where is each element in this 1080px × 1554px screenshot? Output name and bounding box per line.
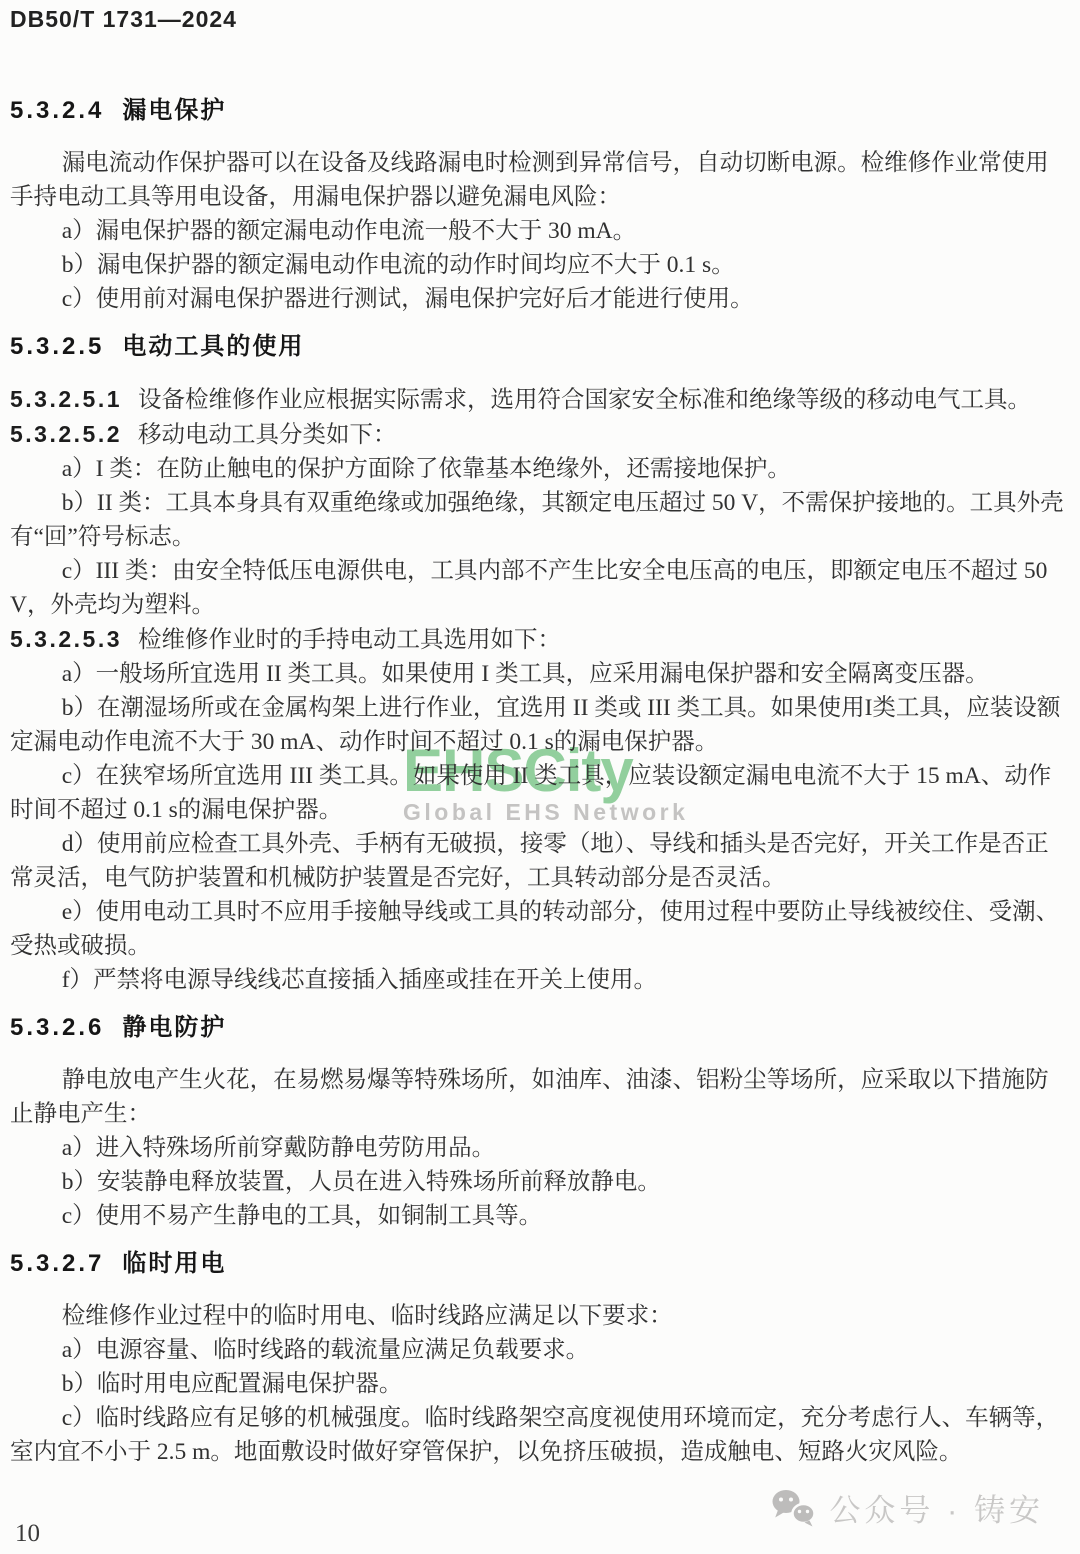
section-heading: 5.3.2.5 电动工具的使用 xyxy=(10,332,1067,362)
clause-text: 设备检维修作业应根据实际需求，选用符合国家安全标准和绝缘等级的移动电气工具。 xyxy=(138,387,1031,413)
paragraph: 静电放电产生火花，在易燃易爆等特殊场所，如油库、油漆、铝粉尘等场所，应采取以下措… xyxy=(10,1063,1067,1131)
list-item: c）使用前对漏电保护器进行测试，漏电保护完好后才能进行使用。 xyxy=(10,282,1067,316)
list-item: c）临时线路应有足够的机械强度。临时线路架空高度视使用环境而定，充分考虑行人、车… xyxy=(10,1401,1067,1469)
section-number: 5.3.2.6 xyxy=(10,1013,104,1043)
numbered-clause: 5.3.2.5.2移动电动工具分类如下： xyxy=(10,417,1067,452)
list-item: f）严禁将电源导线线芯直接插入插座或挂在开关上使用。 xyxy=(10,963,1067,997)
section-number: 5.3.2.4 xyxy=(10,96,104,126)
list-item: c）III 类：由安全特低压电源供电，工具内部不产生比安全电压高的电压，即额定电… xyxy=(10,554,1067,622)
clause-number: 5.3.2.5.2 xyxy=(10,421,122,447)
clause-number: 5.3.2.5.3 xyxy=(10,626,122,652)
clause-text: 检维修作业时的手持电动工具选用如下： xyxy=(138,627,561,653)
list-item: a）进入特殊场所前穿戴防静电劳防用品。 xyxy=(10,1131,1067,1165)
section-heading: 5.3.2.4 漏电保护 xyxy=(10,96,1067,126)
list-item: c）在狭窄场所宜选用 III 类工具。如果使用 II 类工具，应装设额定漏电电流… xyxy=(10,759,1067,827)
page-number: 10 xyxy=(15,1520,40,1548)
list-item: a）电源容量、临时线路的载流量应满足负载要求。 xyxy=(10,1333,1067,1367)
clause-number: 5.3.2.5.1 xyxy=(10,386,122,412)
list-item: b）临时用电应配置漏电保护器。 xyxy=(10,1367,1067,1401)
section-heading: 5.3.2.6 静电防护 xyxy=(10,1013,1067,1043)
list-item: b）II 类：工具本身具有双重绝缘或加强绝缘，其额定电压超过 50 V，不需保护… xyxy=(10,486,1067,554)
list-item: e）使用电动工具时不应用手接触导线或工具的转动部分，使用过程中要防止导线被绞住、… xyxy=(10,895,1067,963)
list-item: b）在潮湿场所或在金属构架上进行作业，宜选用 II 类或 III 类工具。如果使… xyxy=(10,691,1067,759)
section-title: 漏电保护 xyxy=(122,96,226,126)
standard-code: DB50/T 1731—2024 xyxy=(10,6,237,33)
list-item: b）漏电保护器的额定漏电动作电流的动作时间均应不大于 0.1 s。 xyxy=(10,248,1067,282)
paragraph: 漏电流动作保护器可以在设备及线路漏电时检测到异常信号，自动切断电源。检维修作业常… xyxy=(10,146,1067,214)
section-title: 静电防护 xyxy=(122,1013,226,1043)
wechat-badge: 公众号 · 铸安 xyxy=(771,1485,1044,1530)
list-item: d）使用前应检查工具外壳、手柄有无破损，接零（地）、导线和插头是否完好，开关工作… xyxy=(10,827,1067,895)
paragraph: 检维修作业过程中的临时用电、临时线路应满足以下要求： xyxy=(10,1299,1067,1333)
section-number: 5.3.2.7 xyxy=(10,1249,104,1279)
list-item: a）I 类：在防止触电的保护方面除了依靠基本绝缘外，还需接地保护。 xyxy=(10,452,1067,486)
section-number: 5.3.2.5 xyxy=(10,332,104,362)
clause-text: 移动电动工具分类如下： xyxy=(138,422,397,448)
numbered-clause: 5.3.2.5.1设备检维修作业应根据实际需求，选用符合国家安全标准和绝缘等级的… xyxy=(10,382,1067,417)
list-item: a）一般场所宜选用 II 类工具。如果使用 I 类工具，应采用漏电保护器和安全隔… xyxy=(10,657,1067,691)
document-content: 5.3.2.4 漏电保护 漏电流动作保护器可以在设备及线路漏电时检测到异常信号，… xyxy=(10,36,1067,1469)
list-item: c）使用不易产生静电的工具，如铜制工具等。 xyxy=(10,1199,1067,1233)
list-item: a）漏电保护器的额定漏电动作电流一般不大于 30 mA。 xyxy=(10,214,1067,248)
wechat-label: 公众号 · 铸安 xyxy=(829,1485,1044,1530)
numbered-clause: 5.3.2.5.3检维修作业时的手持电动工具选用如下： xyxy=(10,622,1067,657)
section-title: 临时用电 xyxy=(122,1249,226,1279)
list-item: b）安装静电释放装置，人员在进入特殊场所前释放静电。 xyxy=(10,1165,1067,1199)
wechat-icon xyxy=(771,1488,817,1528)
section-title: 电动工具的使用 xyxy=(122,332,304,362)
section-heading: 5.3.2.7 临时用电 xyxy=(10,1249,1067,1279)
